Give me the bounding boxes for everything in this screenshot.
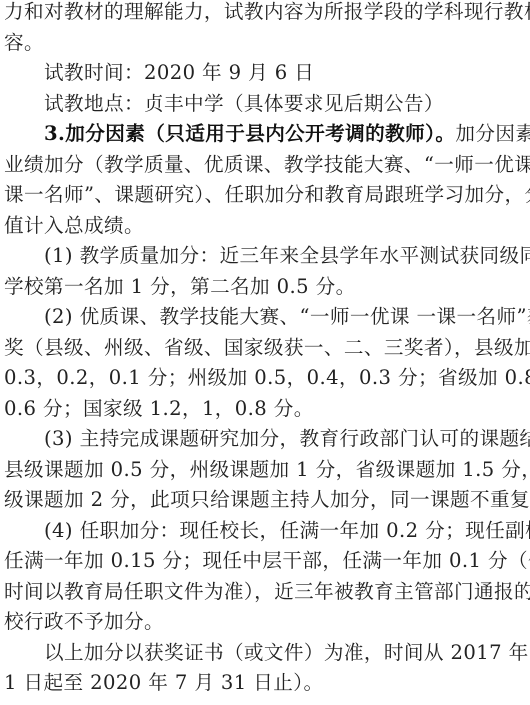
document-page: 力和对教材的理解能力，试教内容为所报学段的学科现行教材内 容。 试教时间：202… bbox=[4, 0, 526, 699]
paragraph-bonus-validity: 以上加分以获奖证书（或文件）为准，时间从 2017 年 8 月 1 日起至 20… bbox=[4, 638, 526, 699]
text-line: 课一名师”、课题研究）、任职加分和教育局跟班学习加分，分 bbox=[4, 180, 526, 211]
text-line: 1 日起至 2020 年 7 月 31 日止）。 bbox=[4, 668, 526, 699]
section-heading: 3.加分因素（只适用于县内公开考调的教师）。 bbox=[44, 122, 455, 145]
text-line: 3.加分因素（只适用于县内公开考调的教师）。加分因素为 bbox=[4, 119, 526, 150]
text-line: 学校第一名加 1 分，第二名加 0.5 分。 bbox=[4, 272, 526, 303]
paragraph-teaching-content: 力和对教材的理解能力，试教内容为所报学段的学科现行教材内 容。 bbox=[4, 0, 526, 58]
text-line: 值计入总成绩。 bbox=[4, 211, 526, 242]
text-line: (2) 优质课、教学技能大赛、“一师一优课 一课一名师”获 bbox=[4, 302, 526, 333]
text-line: 级课题加 2 分，此项只给课题主持人加分，同一课题不重复记分。 bbox=[4, 485, 526, 516]
text-line: 0.3，0.2，0.1 分；州级加 0.5，0.4，0.3 分；省级加 0.8，… bbox=[4, 363, 526, 394]
paragraph-trial-time: 试教时间：2020 年 9 月 6 日 bbox=[4, 58, 526, 89]
paragraph-item-4-position: (4) 任职加分：现任校长，任满一年加 0.2 分；现任副校长， 任满一年加 0… bbox=[4, 516, 526, 638]
paragraph-bonus-factors: 3.加分因素（只适用于县内公开考调的教师）。加分因素为 业绩加分（教学质量、优质… bbox=[4, 119, 526, 241]
text-line: 以上加分以获奖证书（或文件）为准，时间从 2017 年 8 月 bbox=[4, 638, 526, 669]
text-line: 时间以教育局任职文件为准），近三年被教育主管部门通报的学 bbox=[4, 577, 526, 608]
paragraph-item-1-teaching-quality: (1) 教学质量加分：近三年来全县学年水平测试获同级同类 学校第一名加 1 分，… bbox=[4, 241, 526, 302]
text-line: 奖（县级、州级、省级、国家级获一、二、三奖者），县级加 bbox=[4, 333, 526, 364]
text-line: 业绩加分（教学质量、优质课、教学技能大赛、“一师一优课 一 bbox=[4, 150, 526, 181]
text-line: (3) 主持完成课题研究加分，教育行政部门认可的课题结题， bbox=[4, 424, 526, 455]
paragraph-item-2-awards: (2) 优质课、教学技能大赛、“一师一优课 一课一名师”获 奖（县级、州级、省级… bbox=[4, 302, 526, 424]
text-line: 县级课题加 0.5 分，州级课题加 1 分，省级课题加 1.5 分，国家 bbox=[4, 455, 526, 486]
trial-time-text: 试教时间：2020 年 9 月 6 日 bbox=[4, 58, 526, 89]
text-line: 容。 bbox=[4, 28, 526, 59]
text-line: 校行政不予加分。 bbox=[4, 607, 526, 638]
text-fragment: 加分因素为 bbox=[455, 122, 530, 145]
text-line: (4) 任职加分：现任校长，任满一年加 0.2 分；现任副校长， bbox=[4, 516, 526, 547]
text-line: (1) 教学质量加分：近三年来全县学年水平测试获同级同类 bbox=[4, 241, 526, 272]
trial-location-text: 试教地点：贞丰中学（具体要求见后期公告） bbox=[4, 89, 526, 120]
text-line: 力和对教材的理解能力，试教内容为所报学段的学科现行教材内 bbox=[4, 0, 526, 28]
text-line: 0.6 分；国家级 1.2，1，0.8 分。 bbox=[4, 394, 526, 425]
text-line: 任满一年加 0.15 分；现任中层干部，任满一年加 0.1 分（任职 bbox=[4, 546, 526, 577]
paragraph-item-3-research: (3) 主持完成课题研究加分，教育行政部门认可的课题结题， 县级课题加 0.5 … bbox=[4, 424, 526, 516]
paragraph-trial-location: 试教地点：贞丰中学（具体要求见后期公告） bbox=[4, 89, 526, 120]
